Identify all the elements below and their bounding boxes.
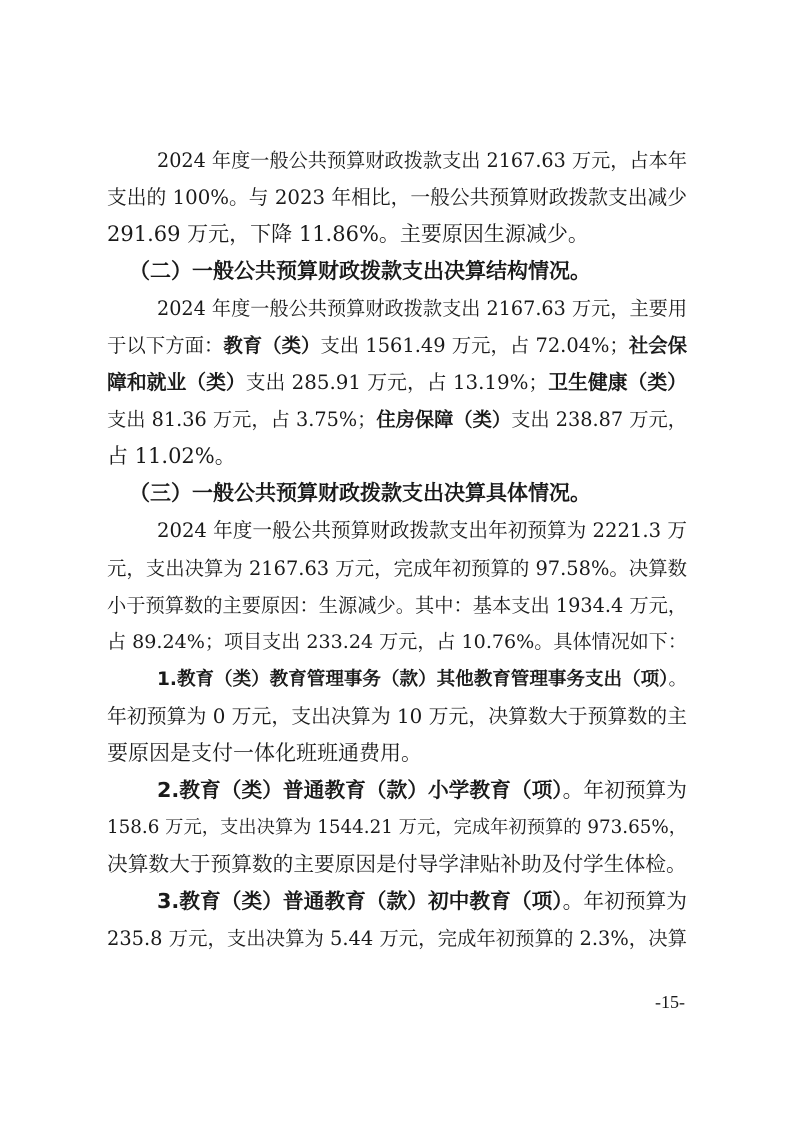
text-segment: 支出 238.87 万元， [511, 408, 687, 431]
section-2-line-5: 占 11.02%。 [107, 438, 687, 475]
item-3-line-1: 235.8 万元，支出决算为 5.44 万元，完成年初预算的 2.3%，决算 [107, 920, 687, 957]
section-2-line-1: 2024 年度一般公共预算财政拨款支出 2167.63 万元，主要用 [107, 290, 687, 327]
section-3-line-3: 小于预算数的主要原因：生源减少。其中：基本支出 1934.4 万元， [107, 587, 687, 624]
paragraph-1-line-3: 291.69 万元，下降 11.86%。主要原因生源减少。 [107, 216, 687, 253]
section-2-line-4: 支出 81.36 万元，占 3.75%；住房保障（类）支出 238.87 万元， [107, 401, 687, 438]
section-3-line-4: 占 89.24%；项目支出 233.24 万元，占 10.76%。具体情况如下： [107, 624, 687, 661]
text-segment: 支出 81.36 万元，占 3.75%； [107, 408, 376, 431]
text-segment: 支出 285.91 万元，占 13.19%； [246, 371, 549, 394]
item-1-line-1: 年初预算为 0 万元，支出决算为 10 万元，决算数大于预算数的主 [107, 698, 687, 735]
category-housing: 住房保障（类） [376, 408, 511, 431]
text-segment: 支出 1561.49 万元，占 72.04%； [320, 334, 628, 357]
item-1-title-line: 1.教育（类）教育管理事务（款）其他教育管理事务支出（项）。 [107, 661, 687, 698]
section-3-line-1: 2024 年度一般公共预算财政拨款支出年初预算为 2221.3 万 [107, 512, 687, 549]
item-2-line-2: 决算数大于预算数的主要原因是付导学津贴补助及付学生体检。 [107, 846, 687, 883]
section-2-heading: （二）一般公共预算财政拨款支出决算结构情况。 [107, 253, 687, 290]
item-2-title: 2.教育（类）普通教育（款）小学教育（项） [157, 778, 563, 802]
item-3-title-line: 3.教育（类）普通教育（款）初中教育（项）。年初预算为 [107, 883, 687, 920]
item-3-title-suffix: 。年初预算为 [563, 889, 687, 913]
paragraph-1-line-2: 支出的 100%。与 2023 年相比，一般公共预算财政拨款支出减少 [107, 179, 687, 216]
item-2-title-line: 2.教育（类）普通教育（款）小学教育（项）。年初预算为 [107, 772, 687, 809]
item-2-line-1: 158.6 万元，支出决算为 1544.21 万元，完成年初预算的 973.65… [107, 809, 687, 846]
page-number: -15- [655, 992, 685, 1013]
document-page: 2024 年度一般公共预算财政拨款支出 2167.63 万元，占本年 支出的 1… [107, 142, 687, 957]
item-3-title: 3.教育（类）普通教育（款）初中教育（项） [157, 889, 563, 913]
item-1-title: 1.教育（类）教育管理事务（款）其他教育管理事务支出（项） [157, 669, 668, 690]
section-3-heading: （三）一般公共预算财政拨款支出决算具体情况。 [107, 475, 687, 512]
category-education: 教育（类） [223, 334, 320, 357]
item-1-title-suffix: 。 [668, 669, 687, 690]
text-segment: 于以下方面： [107, 334, 223, 357]
section-3-line-2: 元，支出决算为 2167.63 万元，完成年初预算的 97.58%。决算数 [107, 550, 687, 587]
item-1-line-2: 要原因是支付一体化班班通费用。 [107, 735, 687, 772]
category-health: 卫生健康（类） [548, 371, 687, 394]
category-social-security-rest: 障和就业（类） [107, 371, 246, 394]
category-social-security-part: 社会保 [629, 334, 687, 357]
item-2-title-suffix: 。年初预算为 [563, 778, 687, 802]
section-2-line-2: 于以下方面：教育（类）支出 1561.49 万元，占 72.04%；社会保 [107, 327, 687, 364]
paragraph-1-line-1: 2024 年度一般公共预算财政拨款支出 2167.63 万元，占本年 [107, 142, 687, 179]
section-2-line-3: 障和就业（类）支出 285.91 万元，占 13.19%；卫生健康（类） [107, 364, 687, 401]
